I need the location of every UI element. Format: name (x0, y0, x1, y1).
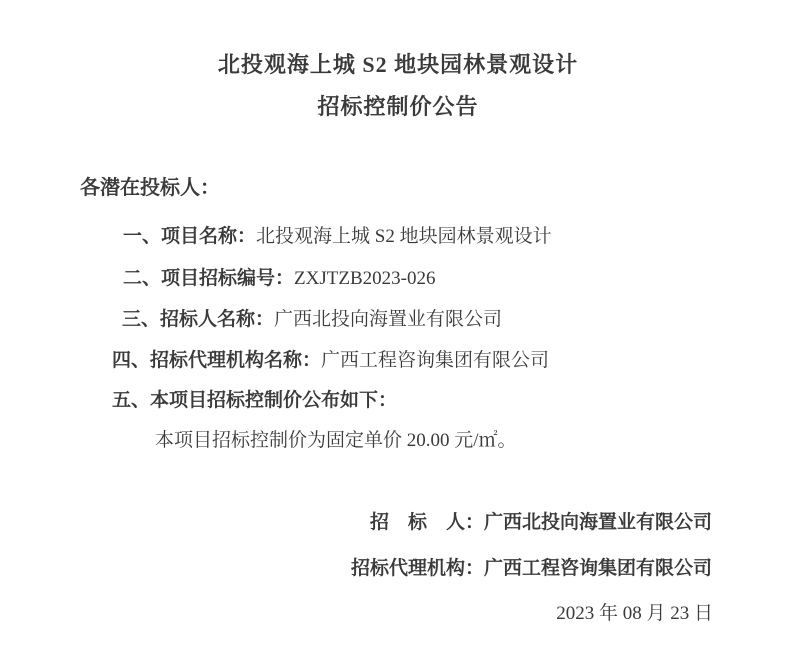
item-agency-name-label: 四、招标代理机构名称： (112, 350, 321, 371)
price-statement: 本项目招标控制价为固定单价 20.00 元/㎡。 (155, 430, 517, 451)
item-tenderer-name-label: 三、招标人名称： (122, 309, 274, 330)
item-project-name-label: 一、项目名称： (123, 226, 256, 247)
signature-bidder-label: 招 标 人： (370, 512, 484, 533)
document-title-line1: 北投观海上城 S2 地块园林景观设计 (0, 54, 796, 75)
item-tenderer-name-value: 广西北投向海置业有限公司 (274, 309, 502, 330)
item-agency-name-value: 广西工程咨询集团有限公司 (321, 350, 549, 371)
item-tender-number: 二、项目招标编号：ZXJTZB2023-026 (123, 268, 435, 289)
signature-bidder-value: 广西北投向海置业有限公司 (484, 512, 712, 533)
item-tenderer-name: 三、招标人名称：广西北投向海置业有限公司 (122, 309, 502, 330)
signature-agency: 招标代理机构：广西工程咨询集团有限公司 (351, 558, 712, 579)
signature-bidder: 招 标 人：广西北投向海置业有限公司 (370, 512, 712, 533)
salutation: 各潜在投标人： (80, 178, 220, 199)
item-control-price-heading-label: 五、本项目招标控制价公布如下： (112, 390, 397, 411)
item-tender-number-value: ZXJTZB2023-026 (294, 268, 435, 289)
item-project-name: 一、项目名称：北投观海上城 S2 地块园林景观设计 (123, 226, 552, 247)
document-title-line2: 招标控制价公告 (0, 96, 796, 117)
signature-date: 2023 年 08 月 23 日 (556, 603, 713, 624)
tender-control-price-announcement: 北投观海上城 S2 地块园林景观设计 招标控制价公告 各潜在投标人： 一、项目名… (0, 0, 800, 669)
item-project-name-value: 北投观海上城 S2 地块园林景观设计 (256, 226, 552, 247)
item-control-price-heading: 五、本项目招标控制价公布如下： (112, 390, 397, 411)
item-agency-name: 四、招标代理机构名称：广西工程咨询集团有限公司 (112, 350, 549, 371)
signature-agency-value: 广西工程咨询集团有限公司 (484, 558, 712, 579)
signature-agency-label: 招标代理机构： (351, 558, 484, 579)
item-tender-number-label: 二、项目招标编号： (123, 268, 294, 289)
